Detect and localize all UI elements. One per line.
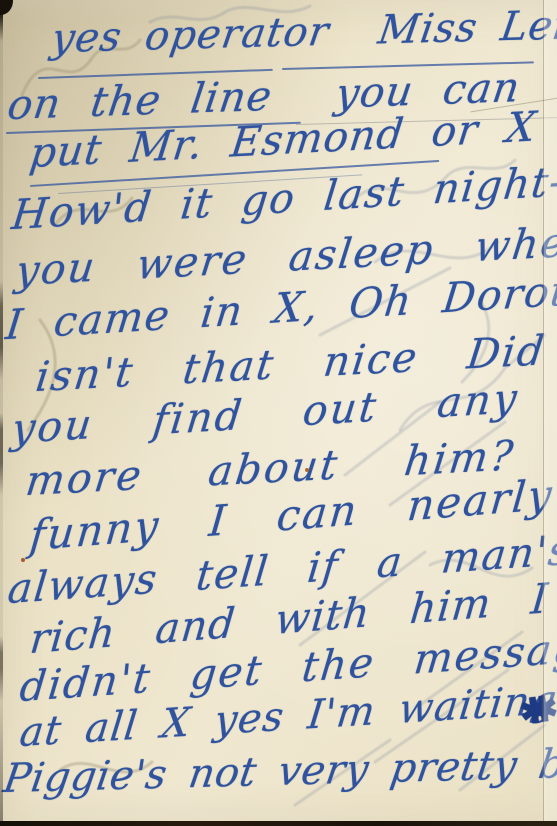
- handwriting-layer: yes operator Miss Leis on the line you c…: [0, 0, 557, 826]
- paper-speck: [21, 558, 25, 562]
- scan-edge-left: [0, 0, 3, 826]
- handwriting-text: Miss Leis: [376, 4, 557, 52]
- paper-edge-highlight: [544, 0, 557, 826]
- handwriting-text: yes operator: [49, 11, 332, 60]
- handwriting-line-1: yes operator Miss Leis: [49, 4, 557, 60]
- scan-edge-bottom: [0, 821, 557, 826]
- letter-page: yes operator Miss Leis on the line you c…: [0, 0, 557, 826]
- paper-speck: [305, 468, 309, 472]
